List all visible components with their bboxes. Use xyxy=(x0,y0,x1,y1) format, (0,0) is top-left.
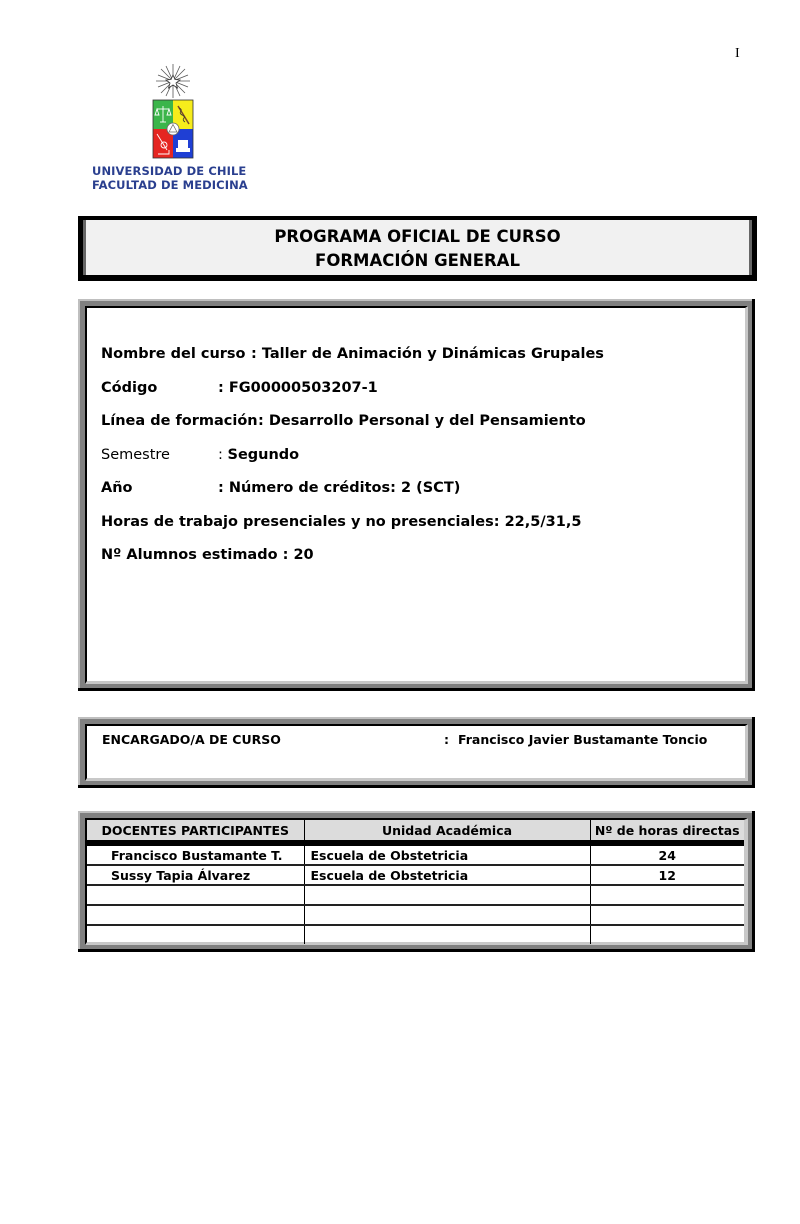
coordinator-name: Francisco Javier Bustamante Toncio xyxy=(458,732,707,747)
course-name-value: : Taller de Animación y Dinámicas Grupal… xyxy=(251,346,604,362)
title-box: PROGRAMA OFICIAL DE CURSO FORMACIÓN GENE… xyxy=(78,216,757,281)
page-title: PROGRAMA OFICIAL DE CURSO xyxy=(86,225,749,249)
page-number: I xyxy=(735,46,740,62)
course-info-box: Nombre del curso: Taller de Animación y … xyxy=(78,299,755,691)
institution-name: UNIVERSIDAD DE CHILE xyxy=(92,164,262,178)
table-row xyxy=(87,905,744,925)
coordinator-label: ENCARGADO/A DE CURSO xyxy=(102,732,281,747)
course-coordinator-box: ENCARGADO/A DE CURSO : Francisco Javier … xyxy=(78,717,755,788)
teacher-name: Francisco Bustamante T. xyxy=(87,843,304,865)
training-line-label: Línea de formación xyxy=(101,405,258,439)
teacher-name: Sussy Tapia Álvarez xyxy=(87,865,304,885)
page-subtitle: FORMACIÓN GENERAL xyxy=(86,249,749,273)
course-code-value: : FG00000503207-1 xyxy=(218,380,378,396)
course-code-row: Código: FG00000503207-1 xyxy=(101,372,745,406)
faculty-name: FACULTAD DE MEDICINA xyxy=(92,178,262,192)
table-row xyxy=(87,885,744,905)
academic-unit xyxy=(304,885,590,905)
table-header-row: DOCENTES PARTICIPANTES Unidad Académica … xyxy=(87,820,744,843)
table-row: Francisco Bustamante T. Escuela de Obste… xyxy=(87,843,744,865)
semester-row: Semestre: Segundo xyxy=(101,439,745,473)
semester-colon: : xyxy=(218,447,228,463)
university-crest-icon xyxy=(149,62,197,162)
teacher-name xyxy=(87,905,304,925)
students-row: Nº Alumnos estimado : 20 xyxy=(101,539,745,573)
hours-row: Horas de trabajo presenciales y no prese… xyxy=(101,506,745,540)
table-row xyxy=(87,925,744,944)
year-label: Año xyxy=(101,472,218,506)
academic-unit: Escuela de Obstetricia xyxy=(304,843,590,865)
course-code-label: Código xyxy=(101,372,218,406)
academic-unit xyxy=(304,905,590,925)
estimated-students: Nº Alumnos estimado : 20 xyxy=(101,547,314,563)
direct-hours: 12 xyxy=(590,865,744,885)
coordinator-colon: : xyxy=(444,732,449,747)
direct-hours: 24 xyxy=(590,843,744,865)
institution-logo: UNIVERSIDAD DE CHILE FACULTAD DE MEDICIN… xyxy=(92,62,262,192)
course-name-row: Nombre del curso: Taller de Animación y … xyxy=(101,338,745,372)
teachers-table: DOCENTES PARTICIPANTES Unidad Académica … xyxy=(87,820,744,944)
academic-unit xyxy=(304,925,590,944)
header-teachers: DOCENTES PARTICIPANTES xyxy=(87,820,304,843)
work-hours: Horas de trabajo presenciales y no prese… xyxy=(101,514,581,530)
semester-value: Segundo xyxy=(228,447,300,463)
academic-unit: Escuela de Obstetricia xyxy=(304,865,590,885)
training-line-row: Línea de formación: Desarrollo Personal … xyxy=(101,405,745,439)
direct-hours xyxy=(590,905,744,925)
direct-hours xyxy=(590,885,744,905)
course-name-label: Nombre del curso xyxy=(101,338,251,372)
teacher-name xyxy=(87,885,304,905)
teacher-name xyxy=(87,925,304,944)
teachers-table-box: DOCENTES PARTICIPANTES Unidad Académica … xyxy=(78,811,755,952)
direct-hours xyxy=(590,925,744,944)
training-line-value: : Desarrollo Personal y del Pensamiento xyxy=(258,413,586,429)
header-direct-hours: Nº de horas directas xyxy=(590,820,744,843)
header-academic-unit: Unidad Académica xyxy=(304,820,590,843)
table-row: Sussy Tapia Álvarez Escuela de Obstetric… xyxy=(87,865,744,885)
semester-label: Semestre xyxy=(101,439,218,473)
year-row: Año: Número de créditos: 2 (SCT) xyxy=(101,472,745,506)
credits-value: : Número de créditos: 2 (SCT) xyxy=(218,480,460,496)
